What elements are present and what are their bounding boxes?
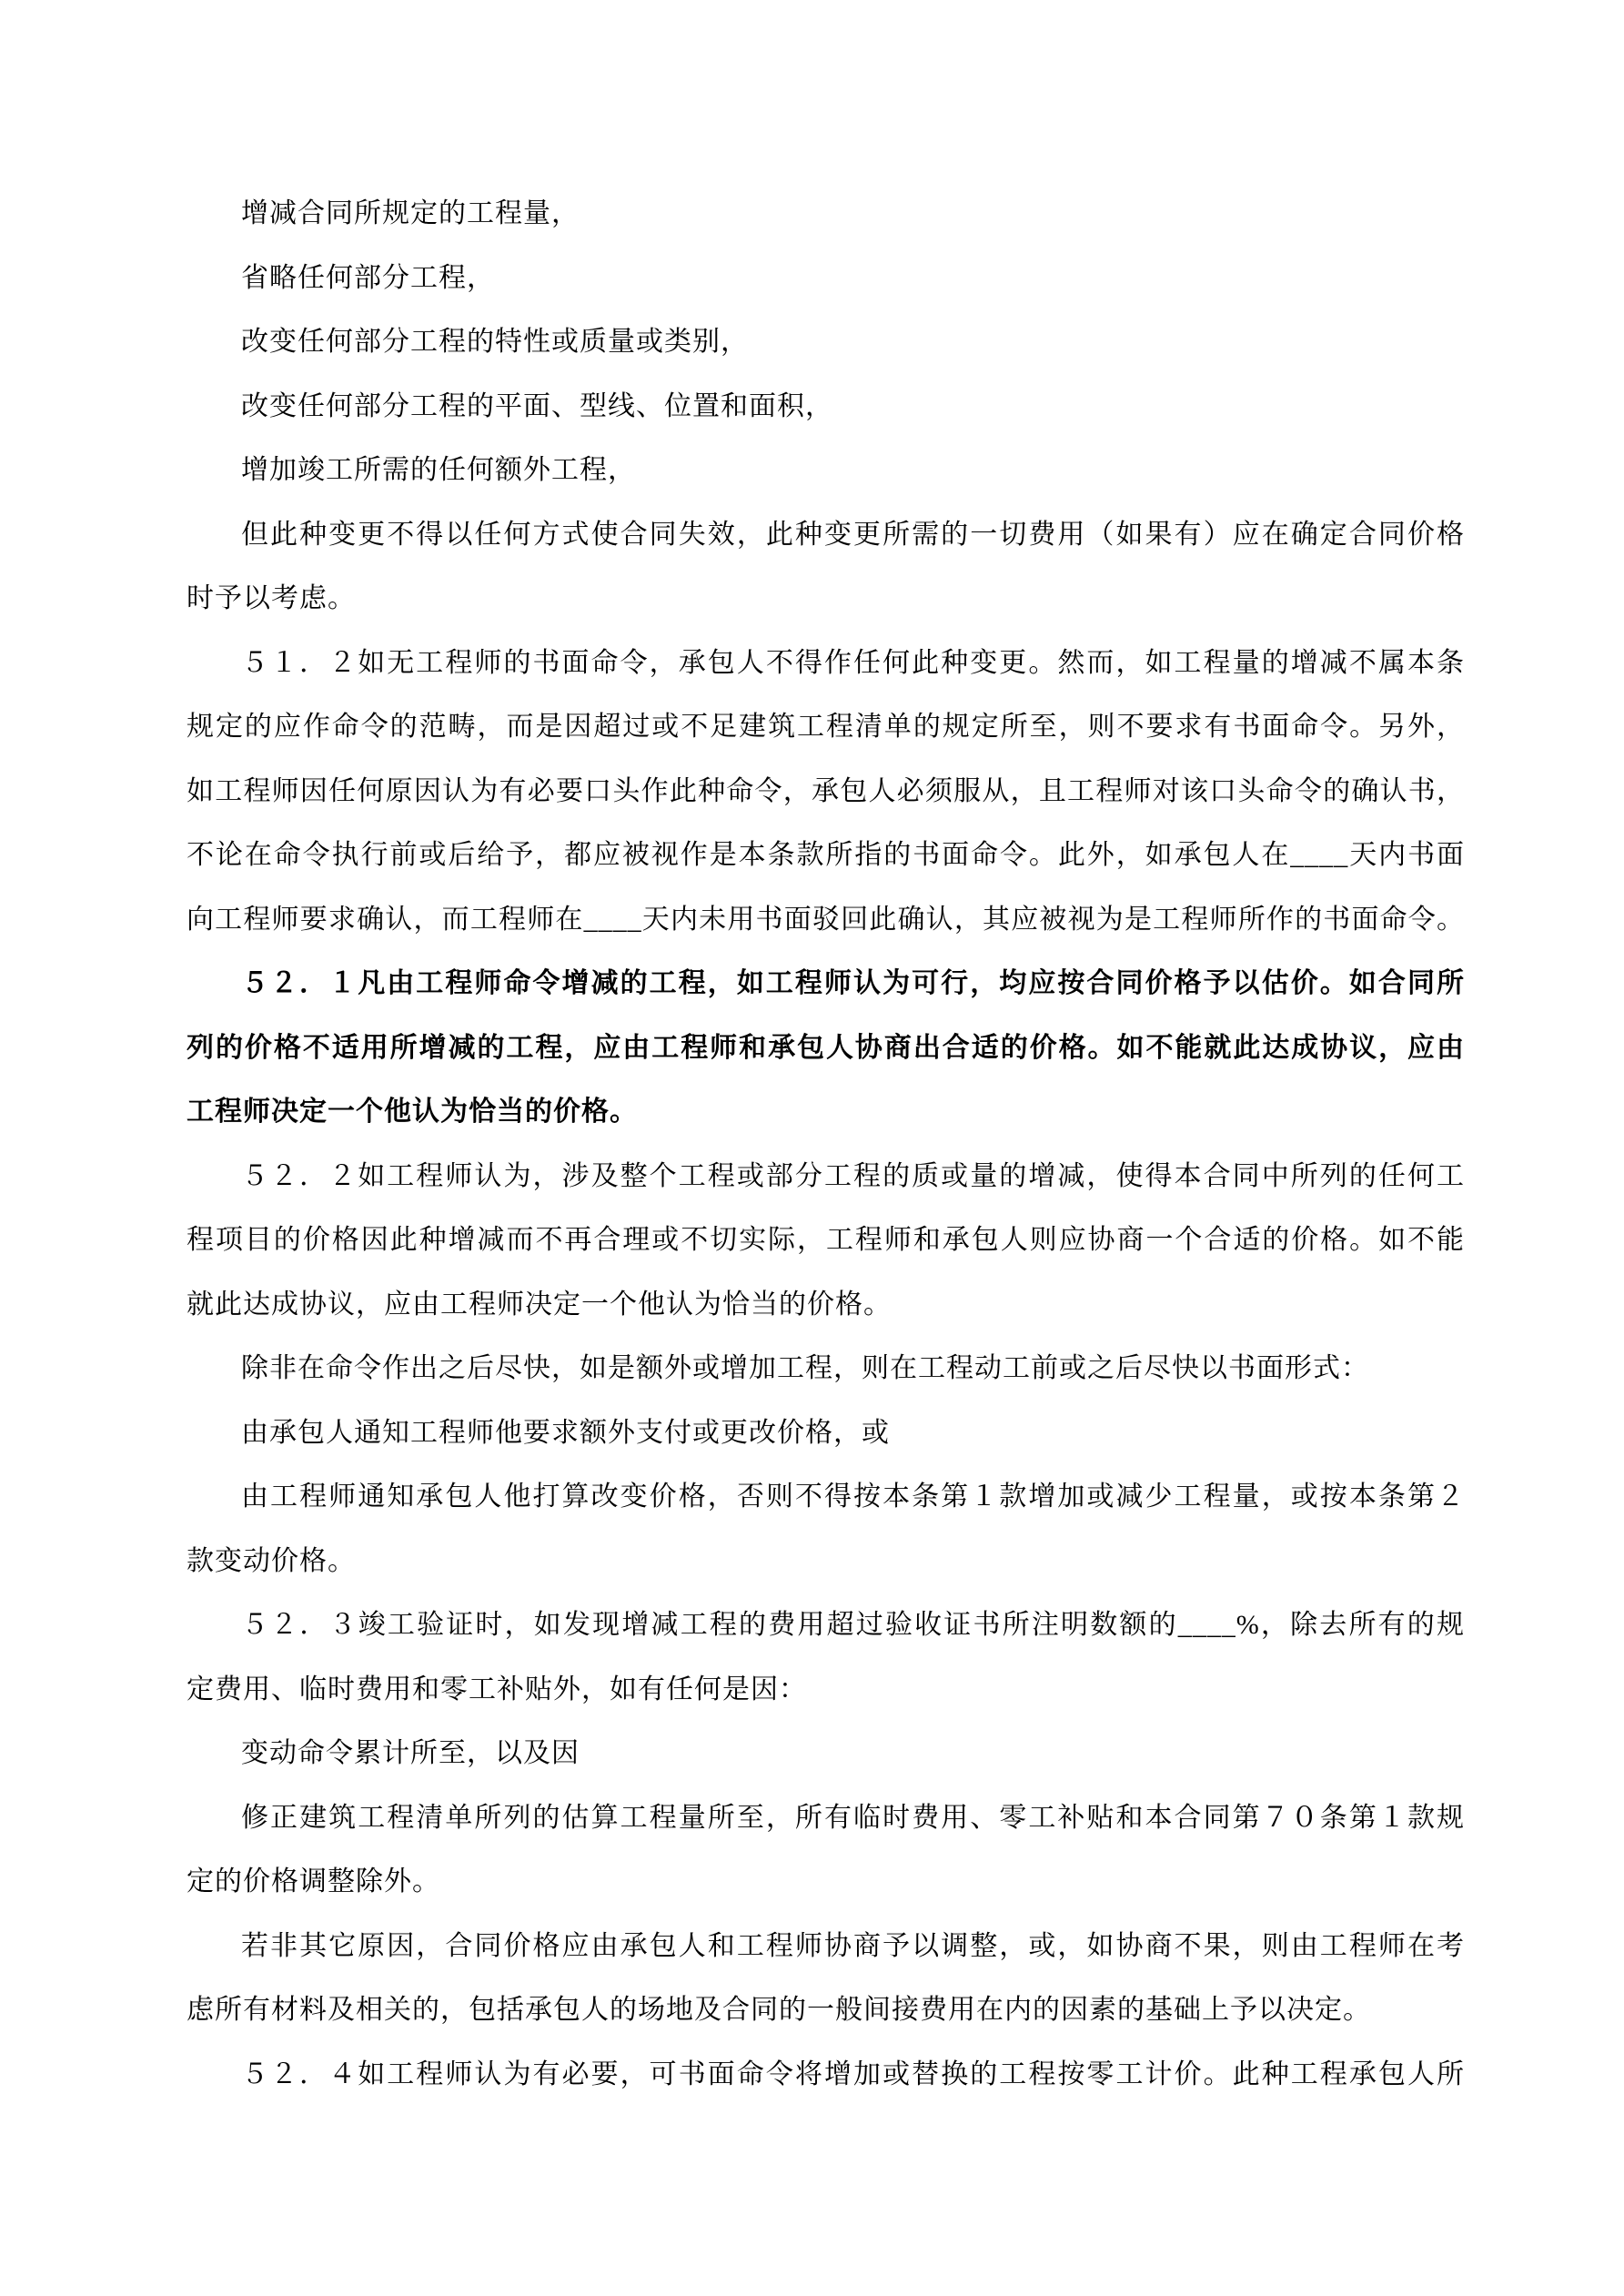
paragraph-3: 改变任何部分工程的特性或质量或类别，	[187, 310, 1465, 375]
text-line: 改变任何部分工程的特性或质量或类别，	[187, 310, 1465, 375]
text-line: ５２．４如工程师认为有必要，可书面命令将增加或替换的工程按零工计价。此种工程承包…	[187, 2043, 1465, 2108]
paragraph-16: 若非其它原因，合同价格应由承包人和工程师协商予以调整，或，如协商不果，则由工程师…	[187, 1915, 1465, 2043]
paragraph-7: ５１．２如无工程师的书面命令，承包人不得作任何此种变更。然而，如工程量的增减不属…	[187, 632, 1465, 953]
paragraph-15: 修正建筑工程清单所列的估算工程量所至，所有临时费用、零工补贴和本合同第７０条第１…	[187, 1786, 1465, 1915]
paragraph-17: ５２．４如工程师认为有必要，可书面命令将增加或替换的工程按零工计价。此种工程承包…	[187, 2043, 1465, 2108]
paragraph-11: 由承包人通知工程师他要求额外支付或更改价格，或	[187, 1401, 1465, 1466]
document-body: 增减合同所规定的工程量，省略任何部分工程，改变任何部分工程的特性或质量或类别，改…	[187, 182, 1465, 2107]
text-line: 变动命令累计所至，以及因	[187, 1722, 1465, 1786]
text-line: 定费用、临时费用和零工补贴外，如有任何是因：	[187, 1658, 1465, 1723]
text-line: 修正建筑工程清单所列的估算工程量所至，所有临时费用、零工补贴和本合同第７０条第１…	[187, 1786, 1465, 1851]
text-line: 工程师决定一个他认为恰当的价格。	[187, 1080, 1465, 1145]
text-line: 增减合同所规定的工程量，	[187, 182, 1465, 247]
text-line: 改变任何部分工程的平面、型线、位置和面积，	[187, 375, 1465, 440]
document-page: { "document": { "paragraphs": [ { "bold"…	[0, 0, 1624, 2296]
text-line: 不论在命令执行前或后给予，都应被视作是本条款所指的书面命令。此外，如承包人在__…	[187, 824, 1465, 888]
text-line: 就此达成协议，应由工程师决定一个他认为恰当的价格。	[187, 1273, 1465, 1338]
paragraph-1: 增减合同所规定的工程量，	[187, 182, 1465, 247]
text-line: 程项目的价格因此种增减而不再合理或不切实际，工程师和承包人则应协商一个合适的价格…	[187, 1209, 1465, 1273]
paragraph-9: ５２．２如工程师认为，涉及整个工程或部分工程的质或量的增减，使得本合同中所列的任…	[187, 1145, 1465, 1338]
paragraph-13: ５２．３竣工验证时，如发现增减工程的费用超过验收证书所注明数额的____%，除去…	[187, 1593, 1465, 1722]
paragraph-4: 改变任何部分工程的平面、型线、位置和面积，	[187, 375, 1465, 440]
text-line: 但此种变更不得以任何方式使合同失效，此种变更所需的一切费用（如果有）应在确定合同…	[187, 503, 1465, 568]
text-line: 除非在命令作出之后尽快，如是额外或增加工程，则在工程动工前或之后尽快以书面形式：	[187, 1337, 1465, 1401]
paragraph-10: 除非在命令作出之后尽快，如是额外或增加工程，则在工程动工前或之后尽快以书面形式：	[187, 1337, 1465, 1401]
text-line: 规定的应作命令的范畴，而是因超过或不足建筑工程清单的规定所至，则不要求有书面命令…	[187, 695, 1465, 760]
text-line: ５２．１凡由工程师命令增减的工程，如工程师认为可行，均应按合同价格予以估价。如合…	[187, 952, 1465, 1017]
paragraph-6: 但此种变更不得以任何方式使合同失效，此种变更所需的一切费用（如果有）应在确定合同…	[187, 503, 1465, 632]
text-line: 省略任何部分工程，	[187, 247, 1465, 311]
text-line: 款变动价格。	[187, 1530, 1465, 1594]
paragraph-5: 增加竣工所需的任何额外工程，	[187, 439, 1465, 503]
paragraph-12: 由工程师通知承包人他打算改变价格，否则不得按本条第１款增加或减少工程量，或按本条…	[187, 1465, 1465, 1593]
text-line: ５１．２如无工程师的书面命令，承包人不得作任何此种变更。然而，如工程量的增减不属…	[187, 632, 1465, 696]
text-line: ５２．２如工程师认为，涉及整个工程或部分工程的质或量的增减，使得本合同中所列的任…	[187, 1145, 1465, 1209]
paragraph-14: 变动命令累计所至，以及因	[187, 1722, 1465, 1786]
text-line: 若非其它原因，合同价格应由承包人和工程师协商予以调整，或，如协商不果，则由工程师…	[187, 1915, 1465, 1979]
text-line: 如工程师因任何原因认为有必要口头作此种命令，承包人必须服从，且工程师对该口头命令…	[187, 760, 1465, 824]
text-line: ５２．３竣工验证时，如发现增减工程的费用超过验收证书所注明数额的____%，除去…	[187, 1593, 1465, 1658]
text-line: 由工程师通知承包人他打算改变价格，否则不得按本条第１款增加或减少工程量，或按本条…	[187, 1465, 1465, 1530]
paragraph-8: ５２．１凡由工程师命令增减的工程，如工程师认为可行，均应按合同价格予以估价。如合…	[187, 952, 1465, 1145]
text-line: 向工程师要求确认，而工程师在____天内未用书面驳回此确认，其应被视为是工程师所…	[187, 888, 1465, 953]
text-line: 虑所有材料及相关的，包括承包人的场地及合同的一般间接费用在内的因素的基础上予以决…	[187, 1978, 1465, 2043]
text-line: 列的价格不适用所增减的工程，应由工程师和承包人协商出合适的价格。如不能就此达成协…	[187, 1017, 1465, 1081]
paragraph-2: 省略任何部分工程，	[187, 247, 1465, 311]
text-line: 由承包人通知工程师他要求额外支付或更改价格，或	[187, 1401, 1465, 1466]
text-line: 增加竣工所需的任何额外工程，	[187, 439, 1465, 503]
text-line: 时予以考虑。	[187, 567, 1465, 632]
text-line: 定的价格调整除外。	[187, 1850, 1465, 1915]
